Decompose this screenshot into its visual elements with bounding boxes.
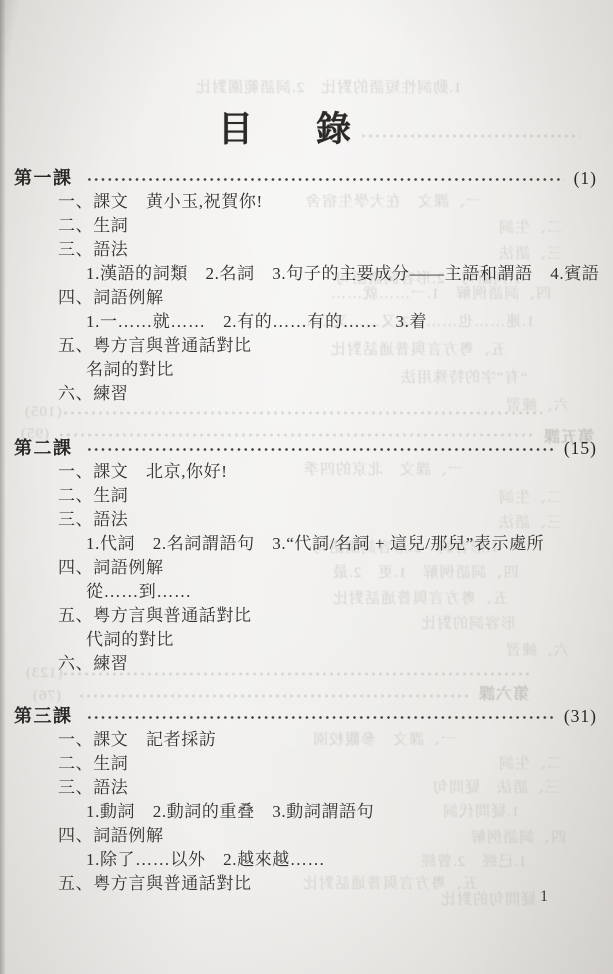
toc-subentry: 1.一……就…… 2.有的……有的…… 3.着: [0, 310, 613, 334]
bleedthrough-text: 1.動詞性短語的對比 2.詞語範圍對比: [195, 76, 462, 97]
dot-leader: [86, 704, 554, 728]
bleedthrough-dot-leader: [62, 410, 542, 416]
lesson-2-heading: 第二課: [14, 436, 73, 460]
toc-entry: 五、粤方言與普通話對比: [0, 334, 613, 358]
toc-lesson-2: 第二課 (15) 一、課文 北京,你好! 二、生詞 三、語法 1.代詞 2.名詞…: [0, 436, 613, 676]
toc-subentry: 代詞的對比: [0, 628, 613, 652]
toc-subentry: 1.動詞 2.動詞的重叠 3.動詞謂語句: [0, 800, 613, 824]
toc-entry: 四、詞語例解: [0, 824, 613, 848]
bleedthrough-text: (76): [32, 688, 61, 705]
toc-entry: 五、粤方言與普通話對比: [0, 872, 613, 896]
lesson-1-page-ref: (1): [574, 166, 597, 190]
toc-entry: 六、練習: [0, 382, 613, 406]
toc-entry: 一、課文 記者採訪: [0, 728, 613, 752]
toc-entry: 六、練習: [0, 652, 613, 676]
lesson-2-heading-row: 第二課 (15): [0, 436, 613, 460]
bleedthrough-dot-leader: [78, 693, 470, 699]
toc-subentry: 1.代詞 2.名詞謂語句 3.“代詞/名詞 + 這兒/那兒”表示處所: [0, 532, 613, 556]
dot-leader: [86, 166, 564, 190]
folio-page-number: 1: [540, 888, 548, 906]
lesson-2-page-ref: (15): [564, 436, 597, 460]
lesson-1-heading-row: 第一課 (1): [0, 166, 613, 190]
toc-subentry: 從……到……: [0, 580, 613, 604]
toc-lesson-1: 第一課 (1) 一、課文 黄小玉,祝賀你! 二、生詞 三、語法 1.漢語的詞類 …: [0, 166, 613, 406]
toc-entry: 一、課文 北京,你好!: [0, 460, 613, 484]
bleedthrough-text: (105): [24, 404, 62, 421]
scanned-book-page: 1.動詞性短語的對比 2.詞語範圍對比一、課文 在大學生宿舍二、生詞三、語法1.…: [0, 0, 613, 974]
toc-entry: 二、生詞: [0, 484, 613, 508]
page-title: 目 錄: [218, 102, 365, 152]
toc-entry: 五、粤方言與普通話對比: [0, 604, 613, 628]
lesson-3-page-ref: (31): [564, 704, 597, 728]
bleedthrough-text: 第六課: [478, 681, 529, 704]
toc-lesson-3: 第三課 (31) 一、課文 記者採訪 二、生詞 三、語法 1.動詞 2.動詞的重…: [0, 704, 613, 896]
toc-entry: 四、詞語例解: [0, 286, 613, 310]
toc-subentry: 1.漢語的詞類 2.名詞 3.句子的主要成分——主語和謂語 4.賓語: [0, 262, 613, 286]
dot-leader: [86, 436, 554, 460]
toc-subentry: 名詞的對比: [0, 358, 613, 382]
toc-entry: 二、生詞: [0, 214, 613, 238]
page-title-wrap: 目 錄: [0, 102, 613, 152]
toc-entry: 二、生詞: [0, 752, 613, 776]
toc-entry: 三、語法: [0, 508, 613, 532]
lesson-3-heading: 第三課: [14, 704, 73, 728]
lesson-3-heading-row: 第三課 (31): [0, 704, 613, 728]
toc-subentry: 1.除了……以外 2.越來越……: [0, 848, 613, 872]
toc-entry: 一、課文 黄小玉,祝賀你!: [0, 190, 613, 214]
lesson-1-heading: 第一課: [14, 166, 73, 190]
toc-entry: 四、詞語例解: [0, 556, 613, 580]
toc-entry: 三、語法: [0, 776, 613, 800]
toc-entry: 三、語法: [0, 238, 613, 262]
